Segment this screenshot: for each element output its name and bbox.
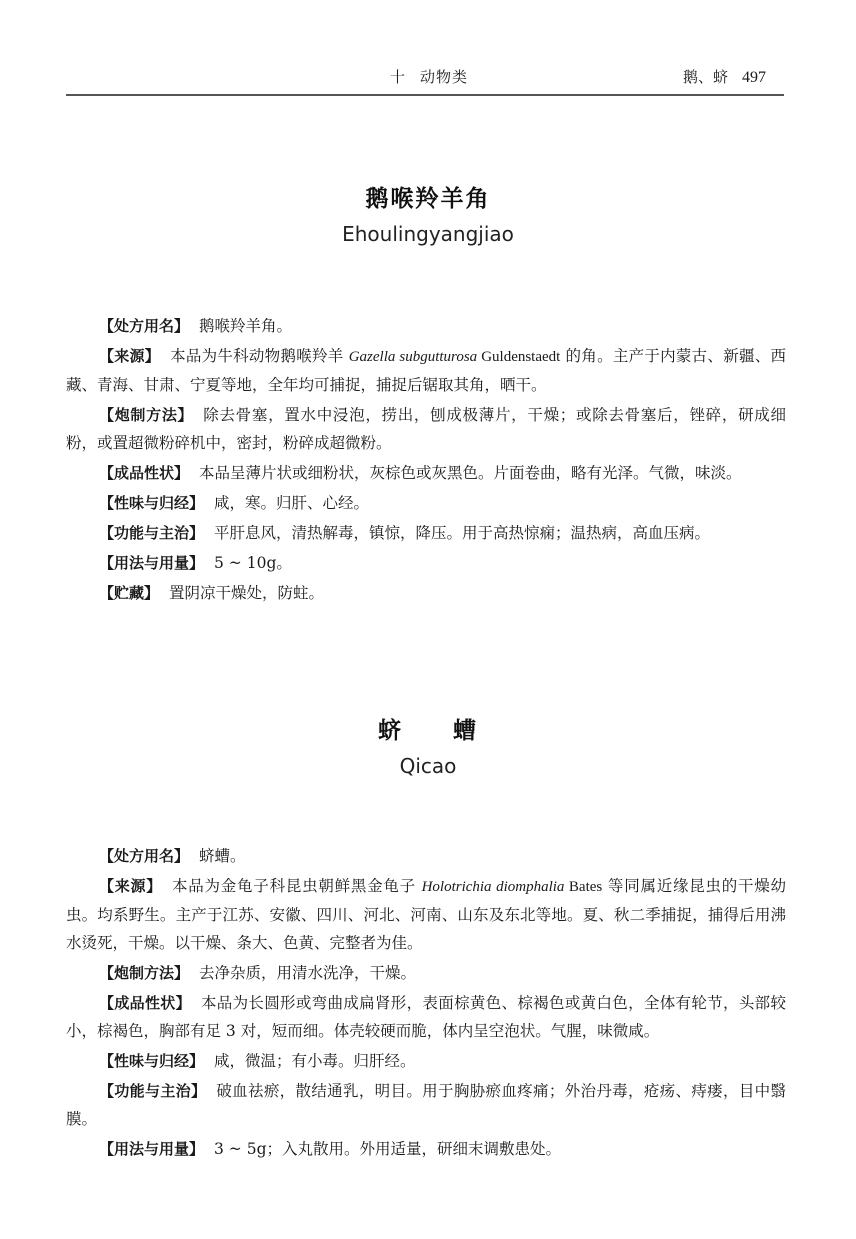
section-label: 【炮制方法】 xyxy=(99,406,193,424)
section-label: 【处方用名】 xyxy=(99,847,189,865)
section-function-indication: 【功能与主治】平肝息风，清热解毒，镇惊，降压。用于高热惊痫；温热病，高血压病。 xyxy=(66,519,786,547)
section-text: 5 ~ 10g。 xyxy=(214,554,292,572)
section-source: 【来源】本品为金龟子科昆虫朝鲜黑金龟子 Holotrichia diomphal… xyxy=(66,872,786,957)
section-label: 【功能与主治】 xyxy=(99,524,204,542)
section-text: 本品为牛科动物鹅喉羚羊 xyxy=(170,347,349,365)
section-processing: 【炮制方法】除去骨塞，置水中浸泡，捞出，刨成极薄片，干燥；或除去骨塞后，锉碎，研… xyxy=(66,401,786,457)
section-text: 平肝息风，清热解毒，镇惊，降压。用于高热惊痫；温热病，高血压病。 xyxy=(214,524,710,542)
section-nature-meridian: 【性味与归经】咸，微温；有小毒。归肝经。 xyxy=(66,1047,786,1075)
section-characteristics: 【成品性状】本品呈薄片状或细粉状，灰棕色或灰黑色。片面卷曲，略有光泽。气微，味淡… xyxy=(66,459,786,487)
section-label: 【功能与主治】 xyxy=(99,1082,206,1100)
section-source: 【来源】本品为牛科动物鹅喉羚羊 Gazella subgutturosa Gul… xyxy=(66,342,786,399)
section-label: 【用法与用量】 xyxy=(99,1140,204,1158)
latin-author: Bates xyxy=(564,879,602,895)
running-head-text: 鹅、蛴 xyxy=(683,68,728,86)
page-header: 十动物类 鹅、蛴497 xyxy=(66,64,784,96)
section-label: 【性味与归经】 xyxy=(99,494,204,512)
section-label: 【成品性状】 xyxy=(99,994,191,1012)
section-function-indication: 【功能与主治】破血祛瘀，散结通乳，明目。用于胸胁瘀血疼痛；外治丹毒，疮疡、痔瘘，… xyxy=(66,1077,786,1133)
section-label: 【成品性状】 xyxy=(99,464,189,482)
section-processing: 【炮制方法】去净杂质，用清水洗净，干燥。 xyxy=(66,959,786,987)
section-characteristics: 【成品性状】本品为长圆形或弯曲成扁肾形，表面棕黄色、棕褐色或黄白色，全体有轮节，… xyxy=(66,989,786,1045)
entry-pinyin: Ehoulingyangjiao xyxy=(0,222,856,246)
chapter-title: 动物类 xyxy=(420,68,468,86)
section-text: 本品呈薄片状或细粉状，灰棕色或灰黑色。片面卷曲，略有光泽。气微，味淡。 xyxy=(199,464,742,482)
latin-species-name: Gazella subgutturosa xyxy=(349,349,477,365)
section-label: 【性味与归经】 xyxy=(99,1052,204,1070)
section-text: 置阴凉干燥处，防蛀。 xyxy=(169,584,324,602)
latin-author: Guldenstaedt xyxy=(477,349,560,365)
section-label: 【用法与用量】 xyxy=(99,554,204,572)
section-prescription-name: 【处方用名】鹅喉羚羊角。 xyxy=(66,312,786,340)
section-prescription-name: 【处方用名】蛴螬。 xyxy=(66,842,786,870)
section-usage-dosage: 【用法与用量】3 ~ 5g；入丸散用。外用适量，研细末调敷患处。 xyxy=(66,1135,786,1163)
chapter-heading: 十动物类 xyxy=(390,66,468,87)
page-number: 497 xyxy=(742,69,766,86)
section-text: 去净杂质，用清水洗净，干燥。 xyxy=(199,964,416,982)
section-text: 本品为金龟子科昆虫朝鲜黑金龟子 xyxy=(172,877,422,895)
section-storage: 【贮藏】置阴凉干燥处，防蛀。 xyxy=(66,579,786,607)
section-label: 【来源】 xyxy=(99,347,160,365)
section-label: 【处方用名】 xyxy=(99,317,189,335)
section-text: 蛴螬。 xyxy=(199,847,246,865)
running-head: 鹅、蛴497 xyxy=(683,66,766,87)
section-label: 【贮藏】 xyxy=(99,584,159,602)
section-label: 【炮制方法】 xyxy=(99,964,189,982)
entry-title: 蛴 螬 xyxy=(0,712,856,745)
section-text: 鹅喉羚羊角。 xyxy=(199,317,292,335)
section-text: 咸，寒。归肝、心经。 xyxy=(214,494,369,512)
entry-body: 【处方用名】鹅喉羚羊角。 【来源】本品为牛科动物鹅喉羚羊 Gazella sub… xyxy=(66,312,786,609)
entry-pinyin: Qicao xyxy=(0,754,856,778)
chapter-number: 十 xyxy=(390,68,406,86)
latin-species-name: Holotrichia diomphalia xyxy=(422,879,565,895)
section-label: 【来源】 xyxy=(99,877,162,895)
section-text: 3 ~ 5g；入丸散用。外用适量，研细末调敷患处。 xyxy=(214,1140,561,1158)
entry-title: 鹅喉羚羊角 xyxy=(0,180,856,213)
entry-body: 【处方用名】蛴螬。 【来源】本品为金龟子科昆虫朝鲜黑金龟子 Holotrichi… xyxy=(66,842,786,1165)
section-text: 咸，微温；有小毒。归肝经。 xyxy=(214,1052,416,1070)
section-usage-dosage: 【用法与用量】5 ~ 10g。 xyxy=(66,549,786,577)
section-nature-meridian: 【性味与归经】咸，寒。归肝、心经。 xyxy=(66,489,786,517)
